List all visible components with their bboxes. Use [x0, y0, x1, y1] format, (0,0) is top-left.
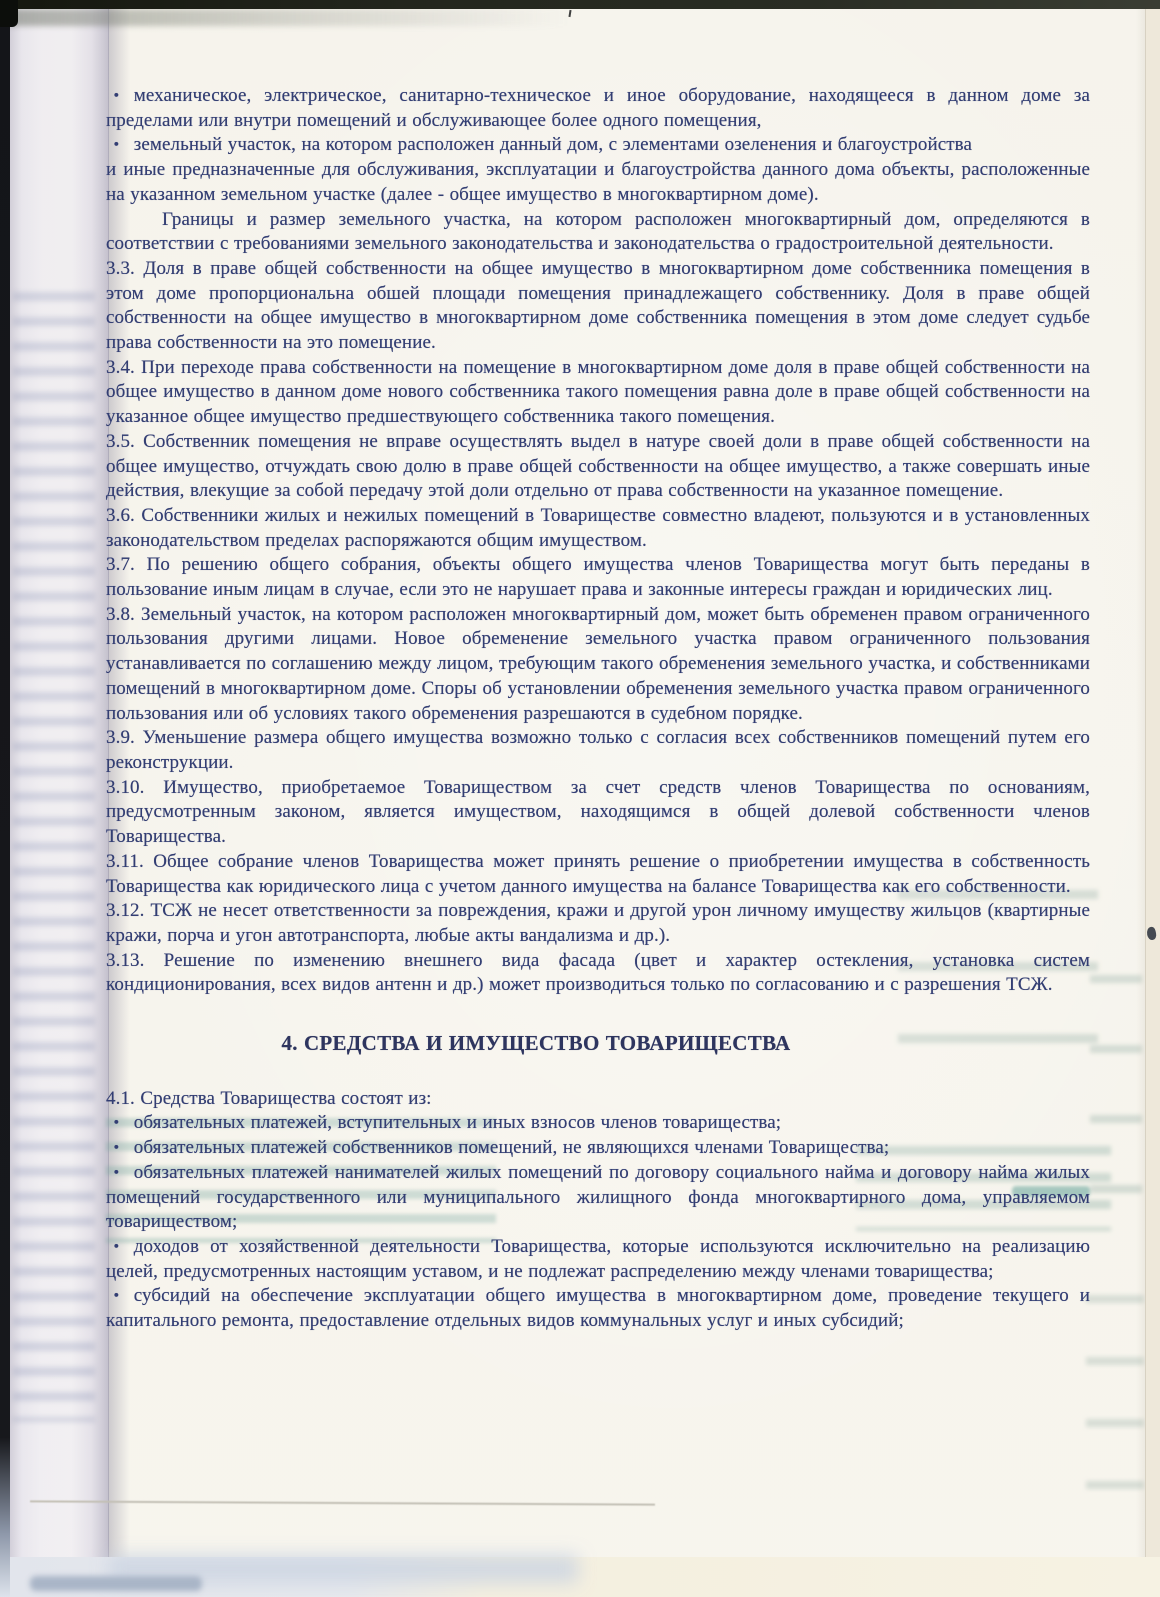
paragraph: 3.9. Уменьшение размера общего имущества… [106, 726, 1090, 775]
bullet-item: •обязательных платежей собственников пом… [106, 1136, 1090, 1161]
bullet-item: •доходов от хозяйственной деятельности Т… [106, 1235, 1090, 1284]
bleed-through-text [1090, 975, 1142, 1215]
bullet-icon: • [114, 1163, 120, 1184]
paragraph: 4.1. Средства Товарищества состоят из: [106, 1087, 1090, 1112]
paragraph: 3.4. При переходе права собственности на… [106, 356, 1090, 430]
paragraph: 3.13. Решение по изменению внешнего вида… [106, 949, 1090, 998]
bullet-icon: • [114, 1286, 120, 1307]
scanner-edge-top [0, 0, 1160, 9]
page-curl-shadow [6, 9, 646, 26]
bullet-item: •обязательных платежей, вступительных и … [106, 1111, 1090, 1136]
paragraph: 3.8. Земельный участок, на котором распо… [106, 603, 1090, 727]
paragraph: и иные предназначенные для обслуживания,… [106, 158, 1090, 207]
document-body: •механическое, электрическое, санитарно-… [106, 84, 1090, 1334]
paragraph: Границы и размер земельного участка, на … [106, 208, 1090, 257]
paragraph: 3.10. Имущество, приобретаемое Товарищес… [106, 776, 1090, 850]
bullet-item: •механическое, электрическое, санитарно-… [106, 84, 1090, 133]
section-heading: 4. СРЕДСТВА И ИМУЩЕСТВО ТОВАРИЩЕСТВА [44, 1031, 1028, 1056]
scanned-page: •механическое, электрическое, санитарно-… [0, 0, 1160, 1597]
book-spine [10, 0, 109, 1597]
paragraph: 3.6. Собственники жилых и нежилых помеще… [106, 504, 1090, 553]
scanner-edge-left [0, 0, 10, 1597]
paragraph: 3.7. По решению общего собрания, объекты… [106, 553, 1090, 602]
bullet-icon: • [114, 1113, 120, 1134]
paragraph: 3.3. Доля в праве общей собственности на… [106, 257, 1090, 356]
paragraph: 3.11. Общее собрание членов Товарищества… [106, 850, 1090, 899]
bullet-icon: • [114, 1138, 120, 1159]
page-right-edge [1145, 0, 1160, 1597]
bullet-item: •земельный участок, на котором расположе… [106, 133, 1090, 158]
bottom-shadow-band [30, 1576, 202, 1591]
bullet-icon: • [114, 86, 120, 107]
bullet-item: •субсидий на обеспечение эксплуатации об… [106, 1284, 1090, 1333]
paragraph: 3.12. ТСЖ не несет ответственности за по… [106, 899, 1090, 948]
paragraph: 3.5. Собственник помещения не вправе осу… [106, 430, 1090, 504]
bullet-item: •обязательных платежей нанимателей жилых… [106, 1161, 1090, 1235]
bullet-icon: • [114, 135, 120, 156]
scanner-corner [0, 0, 18, 27]
bullet-icon: • [114, 1237, 120, 1258]
